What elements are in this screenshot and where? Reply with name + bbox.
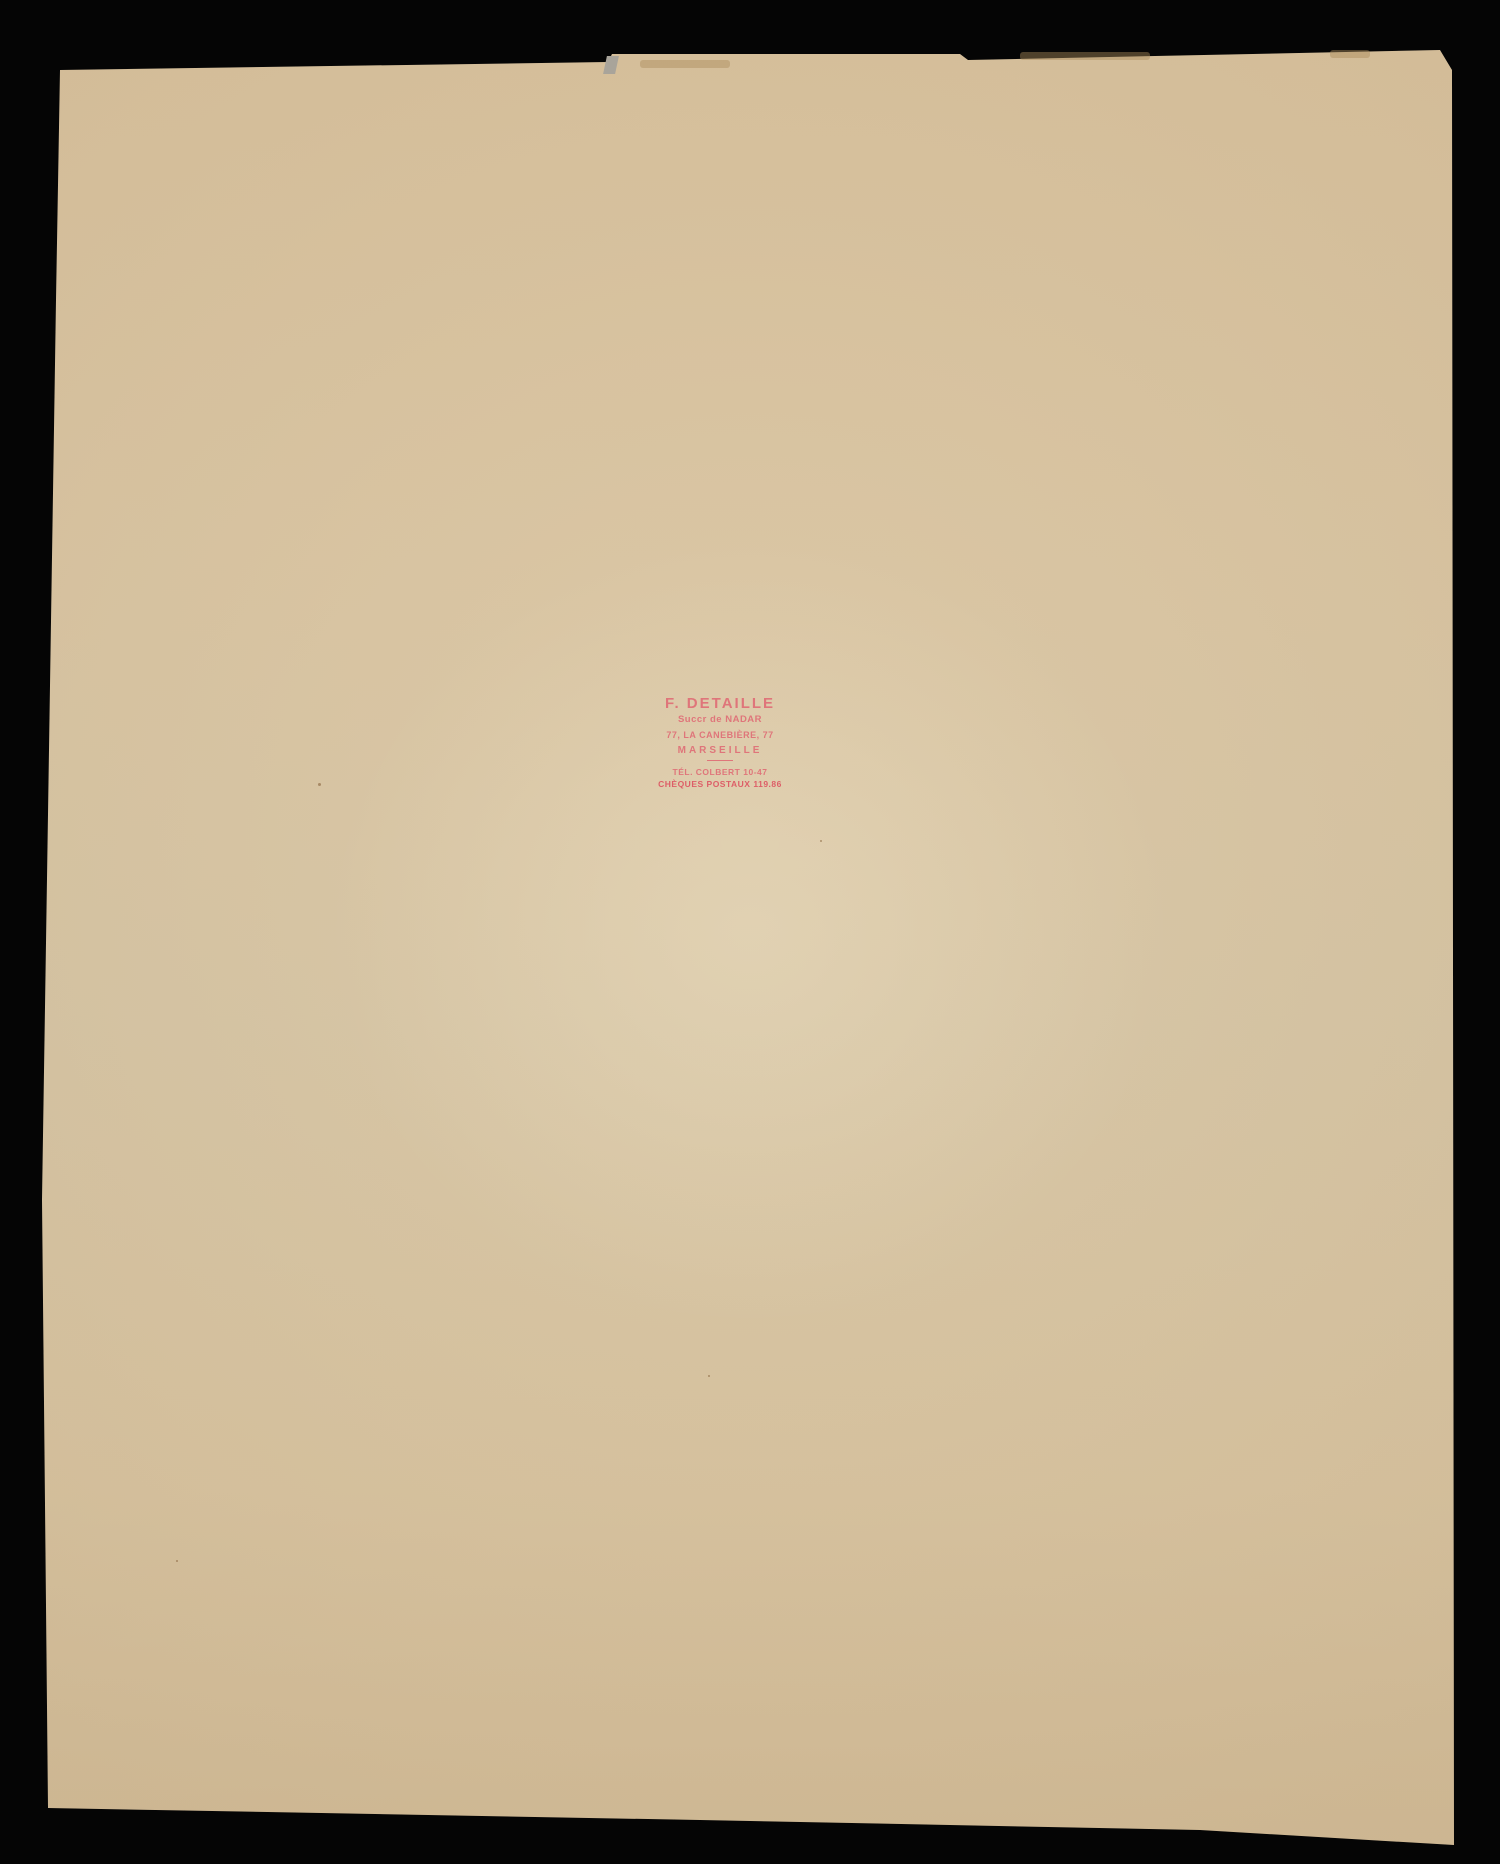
stamp-address: 77, LA CANEBIÈRE, 77 (620, 731, 820, 740)
stamp-city: MARSEILLE (620, 746, 820, 756)
edge-stain (1020, 52, 1150, 60)
stamp-successor: Succr de NADAR (620, 715, 820, 725)
paper-speck (176, 1560, 178, 1562)
stamp-postal-cheques: CHÈQUES POSTAUX 119.86 (620, 780, 820, 789)
stamp-name: F. DETAILLE (620, 696, 820, 711)
stamp-divider (707, 760, 733, 761)
paper-speck (708, 1375, 710, 1377)
photographer-stamp: F. DETAILLE Succr de NADAR 77, LA CANEBI… (620, 696, 820, 789)
paper-speck (318, 783, 321, 786)
stamp-telephone: TÉL. COLBERT 10-47 (620, 768, 820, 777)
edge-stain (1330, 50, 1370, 58)
paper-speck (820, 840, 822, 842)
edge-stain (640, 60, 730, 68)
paper-sheet (0, 0, 1500, 1864)
